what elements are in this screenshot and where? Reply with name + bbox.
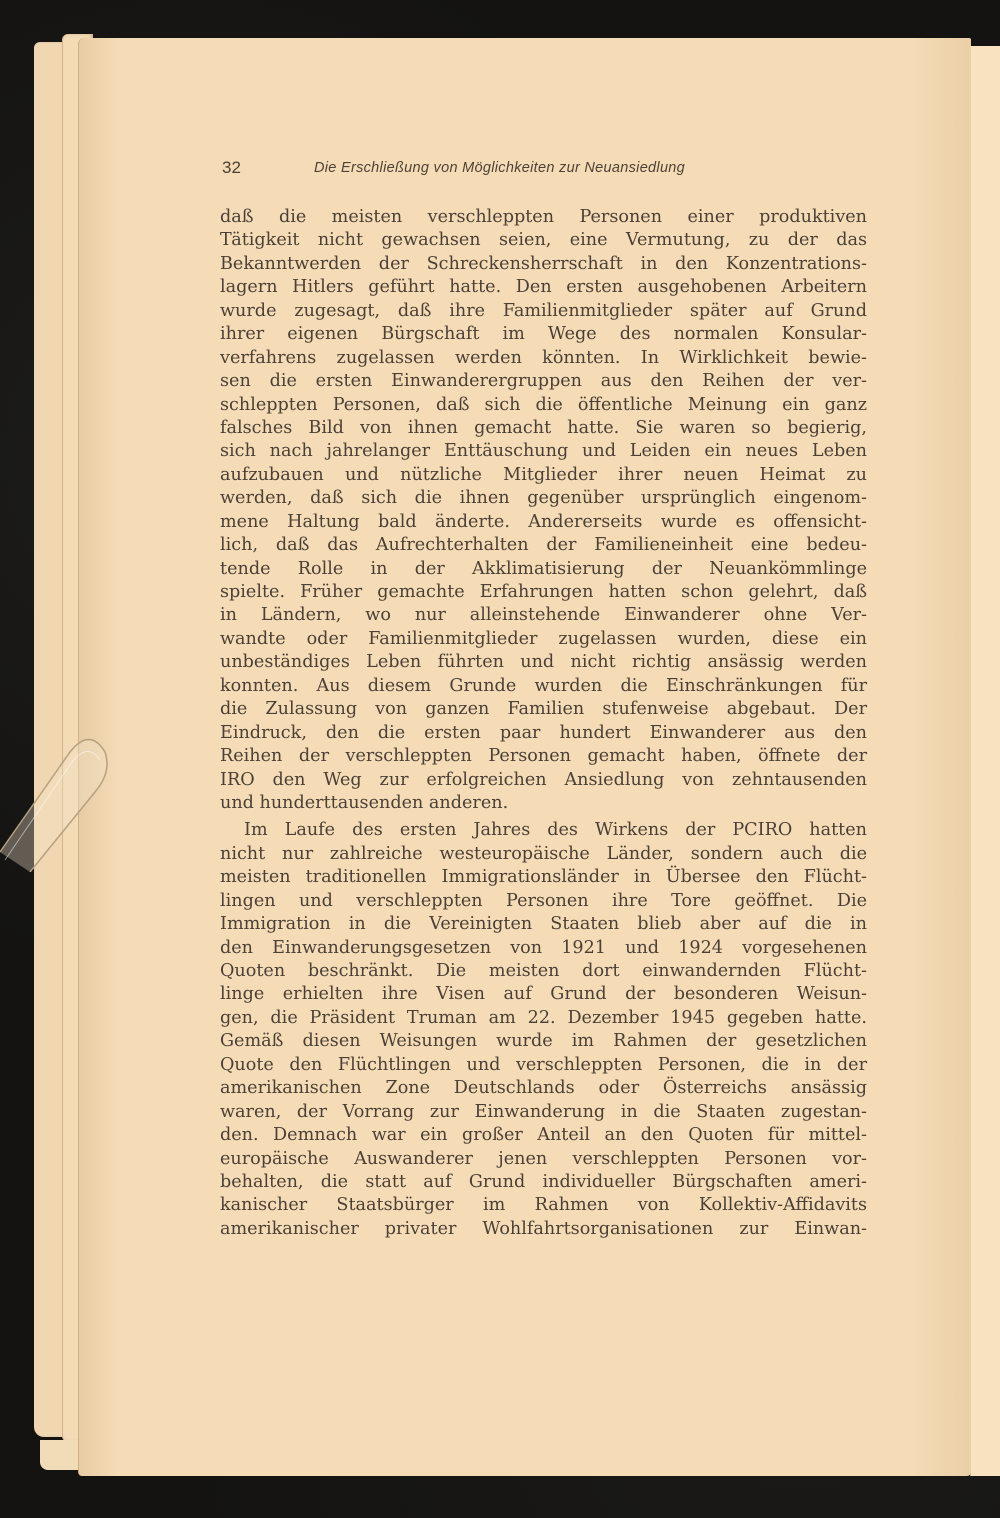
text-line: Im Laufe des ersten Jahres des Wirkens d…	[220, 819, 867, 842]
text-line: falsches Bild von ihnen gemacht hatte. S…	[220, 417, 867, 440]
facing-page-edge	[970, 46, 1000, 1476]
text-line: behalten, die statt auf Grund individuel…	[220, 1171, 867, 1194]
paragraph: Im Laufe des ersten Jahres des Wirkens d…	[220, 819, 867, 1241]
text-line: Bekanntwerden der Schreckensherrschaft i…	[220, 253, 867, 276]
text-line: verfahrens zugelassen werden könnten. In…	[220, 347, 867, 370]
text-line: und hunderttausenden anderen.	[220, 792, 867, 815]
text-line: Reihen der verschleppten Personen gemach…	[220, 745, 867, 768]
text-line: wurde zugesagt, daß ihre Familienmitglie…	[220, 300, 867, 323]
text-line: lagern Hitlers geführt hatte. Den ersten…	[220, 276, 867, 299]
text-line: werden, daß sich die ihnen gegenüber urs…	[220, 487, 867, 510]
running-header: 32 Die Erschließung von Möglichkeiten zu…	[222, 158, 882, 184]
text-line: waren, der Vorrang zur Einwanderung in d…	[220, 1101, 867, 1124]
paragraph: daß die meisten verschleppten Personen e…	[220, 206, 867, 815]
page-number: 32	[222, 158, 241, 178]
text-line: europäische Auswanderer jenen verschlepp…	[220, 1148, 867, 1171]
text-line: meisten traditionellen Immigrationslände…	[220, 866, 867, 889]
text-line: Gemäß diesen Weisungen wurde im Rahmen d…	[220, 1030, 867, 1053]
body-text: daß die meisten verschleppten Personen e…	[220, 206, 867, 1241]
text-line: lingen und verschleppten Personen ihre T…	[220, 890, 867, 913]
text-line: wandte oder Familienmitglieder zugelasse…	[220, 628, 867, 651]
text-line: tende Rolle in der Akklimatisierung der …	[220, 558, 867, 581]
text-line: den Einwanderungsgesetzen von 1921 und 1…	[220, 937, 867, 960]
text-line: konnten. Aus diesem Grunde wurden die Ei…	[220, 675, 867, 698]
text-line: daß die meisten verschleppten Personen e…	[220, 206, 867, 229]
text-line: Quote den Flüchtlingen und verschleppten…	[220, 1054, 867, 1077]
text-line: schleppten Personen, daß sich die öffent…	[220, 394, 867, 417]
text-line: spielte. Früher gemachte Erfahrungen hat…	[220, 581, 867, 604]
text-line: ihrer eigenen Bürgschaft im Wege des nor…	[220, 323, 867, 346]
text-line: gen, die Präsident Truman am 22. Dezembe…	[220, 1007, 867, 1030]
text-line: aufzubauen und nützliche Mitglieder ihre…	[220, 464, 867, 487]
text-line: Tätigkeit nicht gewachsen seien, eine Ve…	[220, 229, 867, 252]
text-line: Quoten beschränkt. Die meisten dort einw…	[220, 960, 867, 983]
text-line: IRO den Weg zur erfolgreichen Ansiedlung…	[220, 769, 867, 792]
text-line: amerikanischen Zone Deutschlands oder Ös…	[220, 1077, 867, 1100]
text-line: linge erhielten ihre Visen auf Grund der…	[220, 983, 867, 1006]
text-line: amerikanischer privater Wohlfahrtsorgani…	[220, 1218, 867, 1241]
text-line: unbeständiges Leben führten und nicht ri…	[220, 651, 867, 674]
text-line: Eindruck, den die ersten paar hundert Ei…	[220, 722, 867, 745]
text-line: sen die ersten Einwanderergruppen aus de…	[220, 370, 867, 393]
running-head-title: Die Erschließung von Möglichkeiten zur N…	[314, 160, 685, 176]
text-line: lich, daß das Aufrechterhalten der Famil…	[220, 534, 867, 557]
text-line: mene Haltung bald änderte. Andererseits …	[220, 511, 867, 534]
paragraphs: daß die meisten verschleppten Personen e…	[220, 206, 867, 1241]
text-line: sich nach jahrelanger Enttäuschung und L…	[220, 440, 867, 463]
text-line: den. Demnach war ein großer Anteil an de…	[220, 1124, 867, 1147]
text-line: kanischer Staatsbürger im Rahmen von Kol…	[220, 1194, 867, 1217]
text-line: die Zulassung von ganzen Familien stufen…	[220, 698, 867, 721]
text-line: nicht nur zahlreiche westeuropäische Län…	[220, 843, 867, 866]
text-line: Immigration in die Vereinigten Staaten b…	[220, 913, 867, 936]
text-line: in Ländern, wo nur alleinstehende Einwan…	[220, 604, 867, 627]
